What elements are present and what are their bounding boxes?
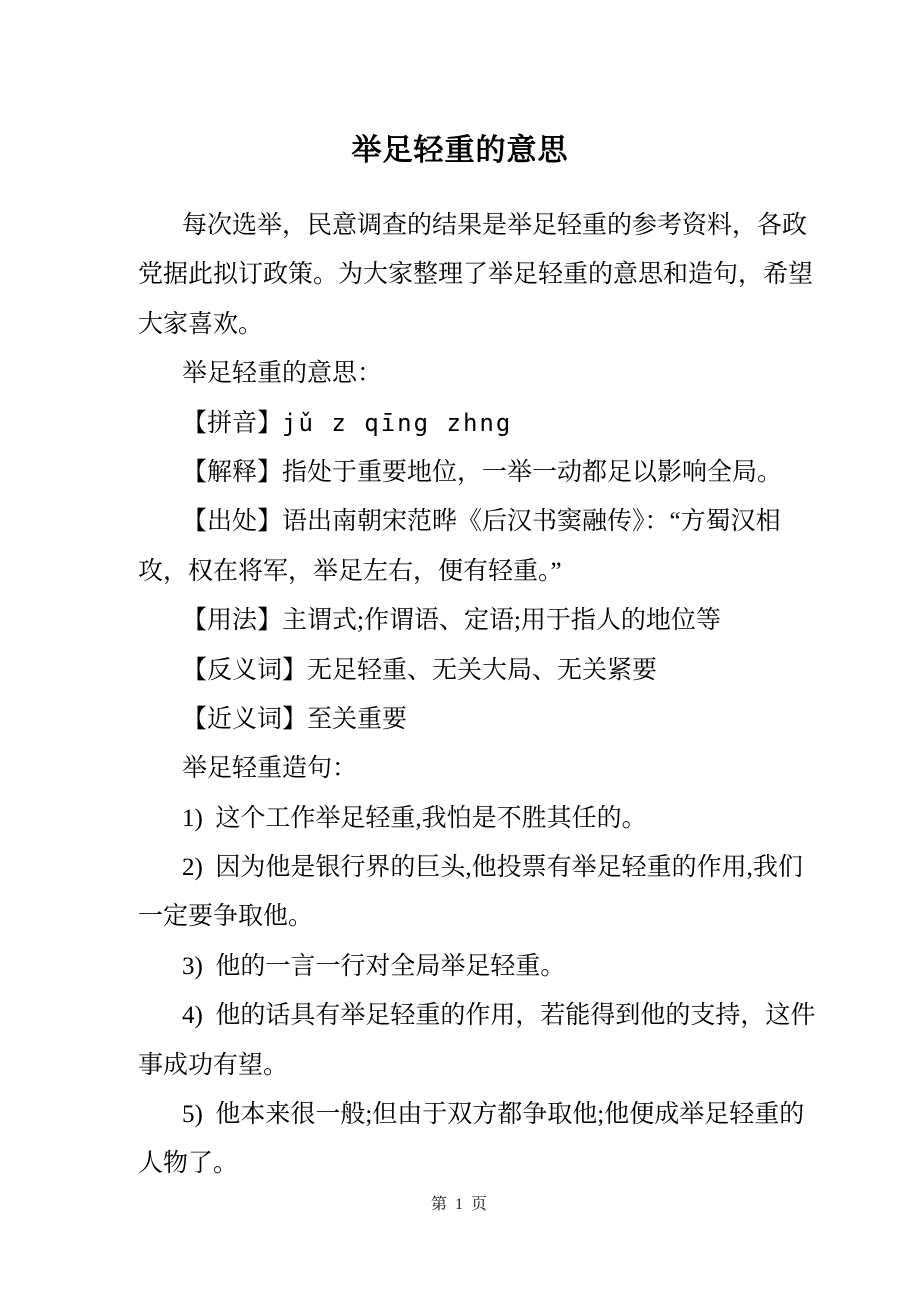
line-text: 每次选举，民意调查的结果是举足轻重的参考资料，各政 xyxy=(182,212,807,239)
text-line: 事成功有望。 xyxy=(138,1041,838,1090)
page-number: 第 1 页 xyxy=(0,1191,920,1214)
text-line: 攻，权在将军，举足左右，便有轻重。” xyxy=(138,547,838,596)
page-title: 举足轻重的意思 xyxy=(0,134,920,167)
line-text: 【出处】语出南朝宋范晔《后汉书窦融传》：“方蜀汉相 xyxy=(182,508,781,535)
line-text: 2) 因为他是银行界的巨头,他投票有举足轻重的作用,我们 xyxy=(182,854,803,881)
text-line: 1) 这个工作举足轻重,我怕是不胜其任的。 xyxy=(138,794,838,843)
pinyin-text: jǔ z qīng zhng xyxy=(282,409,512,437)
line-text: 举足轻重的意思： xyxy=(182,360,382,387)
line-text: 4) 他的话具有举足轻重的作用，若能得到他的支持，这件 xyxy=(182,1002,815,1029)
text-line: 【近义词】至关重要 xyxy=(138,695,838,744)
text-line: 一定要争取他。 xyxy=(138,892,838,941)
text-line: 举足轻重的意思： xyxy=(138,349,838,398)
text-line: 【反义词】无足轻重、无关大局、无关紧要 xyxy=(138,646,838,695)
text-line: 4) 他的话具有举足轻重的作用，若能得到他的支持，这件 xyxy=(138,991,838,1040)
line-text: 【反义词】无足轻重、无关大局、无关紧要 xyxy=(182,657,657,684)
text-line: 2) 因为他是银行界的巨头,他投票有举足轻重的作用,我们 xyxy=(138,843,838,892)
line-text: 【解释】指处于重要地位，一举一动都足以影响全局。 xyxy=(182,459,782,486)
text-line: 举足轻重造句： xyxy=(138,744,838,793)
document-page: 举足轻重的意思 每次选举，民意调查的结果是举足轻重的参考资料，各政党据此拟订政策… xyxy=(0,0,920,1302)
document-body: 每次选举，民意调查的结果是举足轻重的参考资料，各政党据此拟订政策。为大家整理了举… xyxy=(138,201,838,1189)
line-text: 【拼音】 xyxy=(182,410,282,437)
text-line: 3) 他的一言一行对全局举足轻重。 xyxy=(138,942,838,991)
line-text: 大家喜欢。 xyxy=(138,311,263,338)
text-line: 5) 他本来很一般;但由于双方都争取他;他便成举足轻重的 xyxy=(138,1090,838,1139)
line-text: 事成功有望。 xyxy=(138,1052,288,1079)
line-text: 1) 这个工作举足轻重,我怕是不胜其任的。 xyxy=(182,805,647,832)
text-line: 【拼音】jǔ z qīng zhng xyxy=(138,399,838,448)
text-line: 大家喜欢。 xyxy=(138,300,838,349)
line-text: 3) 他的一言一行对全局举足轻重。 xyxy=(182,953,565,980)
text-line: 人物了。 xyxy=(138,1139,838,1188)
line-text: 【用法】主谓式;作谓语、定语;用于指人的地位等 xyxy=(182,607,721,634)
line-text: 人物了。 xyxy=(138,1150,238,1177)
text-line: 【用法】主谓式;作谓语、定语;用于指人的地位等 xyxy=(138,596,838,645)
line-text: 【近义词】至关重要 xyxy=(182,706,407,733)
text-line: 【出处】语出南朝宋范晔《后汉书窦融传》：“方蜀汉相 xyxy=(138,497,838,546)
text-line: 每次选举，民意调查的结果是举足轻重的参考资料，各政 xyxy=(138,201,838,250)
line-text: 党据此拟订政策。为大家整理了举足轻重的意思和造句，希望 xyxy=(138,261,813,288)
line-text: 5) 他本来很一般;但由于双方都争取他;他便成举足轻重的 xyxy=(182,1101,804,1128)
line-text: 举足轻重造句： xyxy=(182,755,357,782)
text-line: 党据此拟订政策。为大家整理了举足轻重的意思和造句，希望 xyxy=(138,250,838,299)
line-text: 一定要争取他。 xyxy=(138,903,313,930)
text-line: 【解释】指处于重要地位，一举一动都足以影响全局。 xyxy=(138,448,838,497)
line-text: 攻，权在将军，举足左右，便有轻重。” xyxy=(138,558,562,585)
